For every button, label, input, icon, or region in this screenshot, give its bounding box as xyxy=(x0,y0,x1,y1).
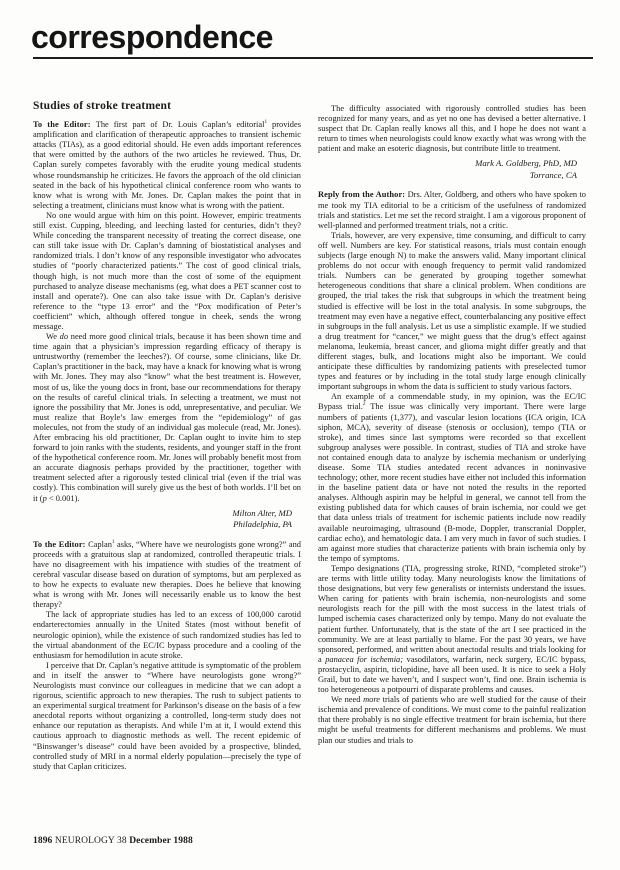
signature-block: Mark A. Goldberg, PhD, MD Torrance, CA xyxy=(318,158,577,181)
signature-location: Philadelphia, PA xyxy=(33,519,292,531)
letter-paragraph: We need more trials of patients who are … xyxy=(318,695,586,745)
letter-paragraph: We do need more good clinical trials, be… xyxy=(33,332,301,504)
signature-name: Milton Alter, MD xyxy=(33,508,292,520)
letter-paragraph: The lack of appropriate studies has led … xyxy=(33,610,301,660)
right-column: The difficulty associated with rigorousl… xyxy=(318,104,586,830)
signature-block: Milton Alter, MD Philadelphia, PA xyxy=(33,508,292,531)
letter-paragraph: Tempo designations (TIA, progressing str… xyxy=(318,564,586,695)
section-heading: Studies of stroke treatment xyxy=(33,101,301,111)
signature-name: Mark A. Goldberg, PhD, MD xyxy=(318,158,577,170)
letter-paragraph: The difficulty associated with rigorousl… xyxy=(318,104,586,154)
page-footer: 1896 NEUROLOGY 38 December 1988 xyxy=(33,836,193,846)
journal-page: correspondence Studies of stroke treatme… xyxy=(0,0,620,870)
letter-paragraph: To the Editor: The first part of Dr. Lou… xyxy=(33,120,301,211)
signature-location: Torrance, CA xyxy=(318,170,577,182)
letter-paragraph: I perceive that Dr. Caplan’s negative at… xyxy=(33,661,301,772)
letter-paragraph: An example of a commendable study, in my… xyxy=(318,392,586,564)
masthead-title: correspondence xyxy=(31,21,273,53)
left-column: Studies of stroke treatment To the Edito… xyxy=(33,101,301,827)
letter-paragraph: To the Editor: Caplan1 asks, “Where have… xyxy=(33,540,301,611)
letter-paragraph: Trials, however, are very expensive, tim… xyxy=(318,231,586,393)
letter-paragraph: Reply from the Author: Drs. Alter, Goldb… xyxy=(318,190,586,230)
masthead-rule xyxy=(33,57,593,59)
letter-paragraph: No one would argue with him on this poin… xyxy=(33,211,301,332)
